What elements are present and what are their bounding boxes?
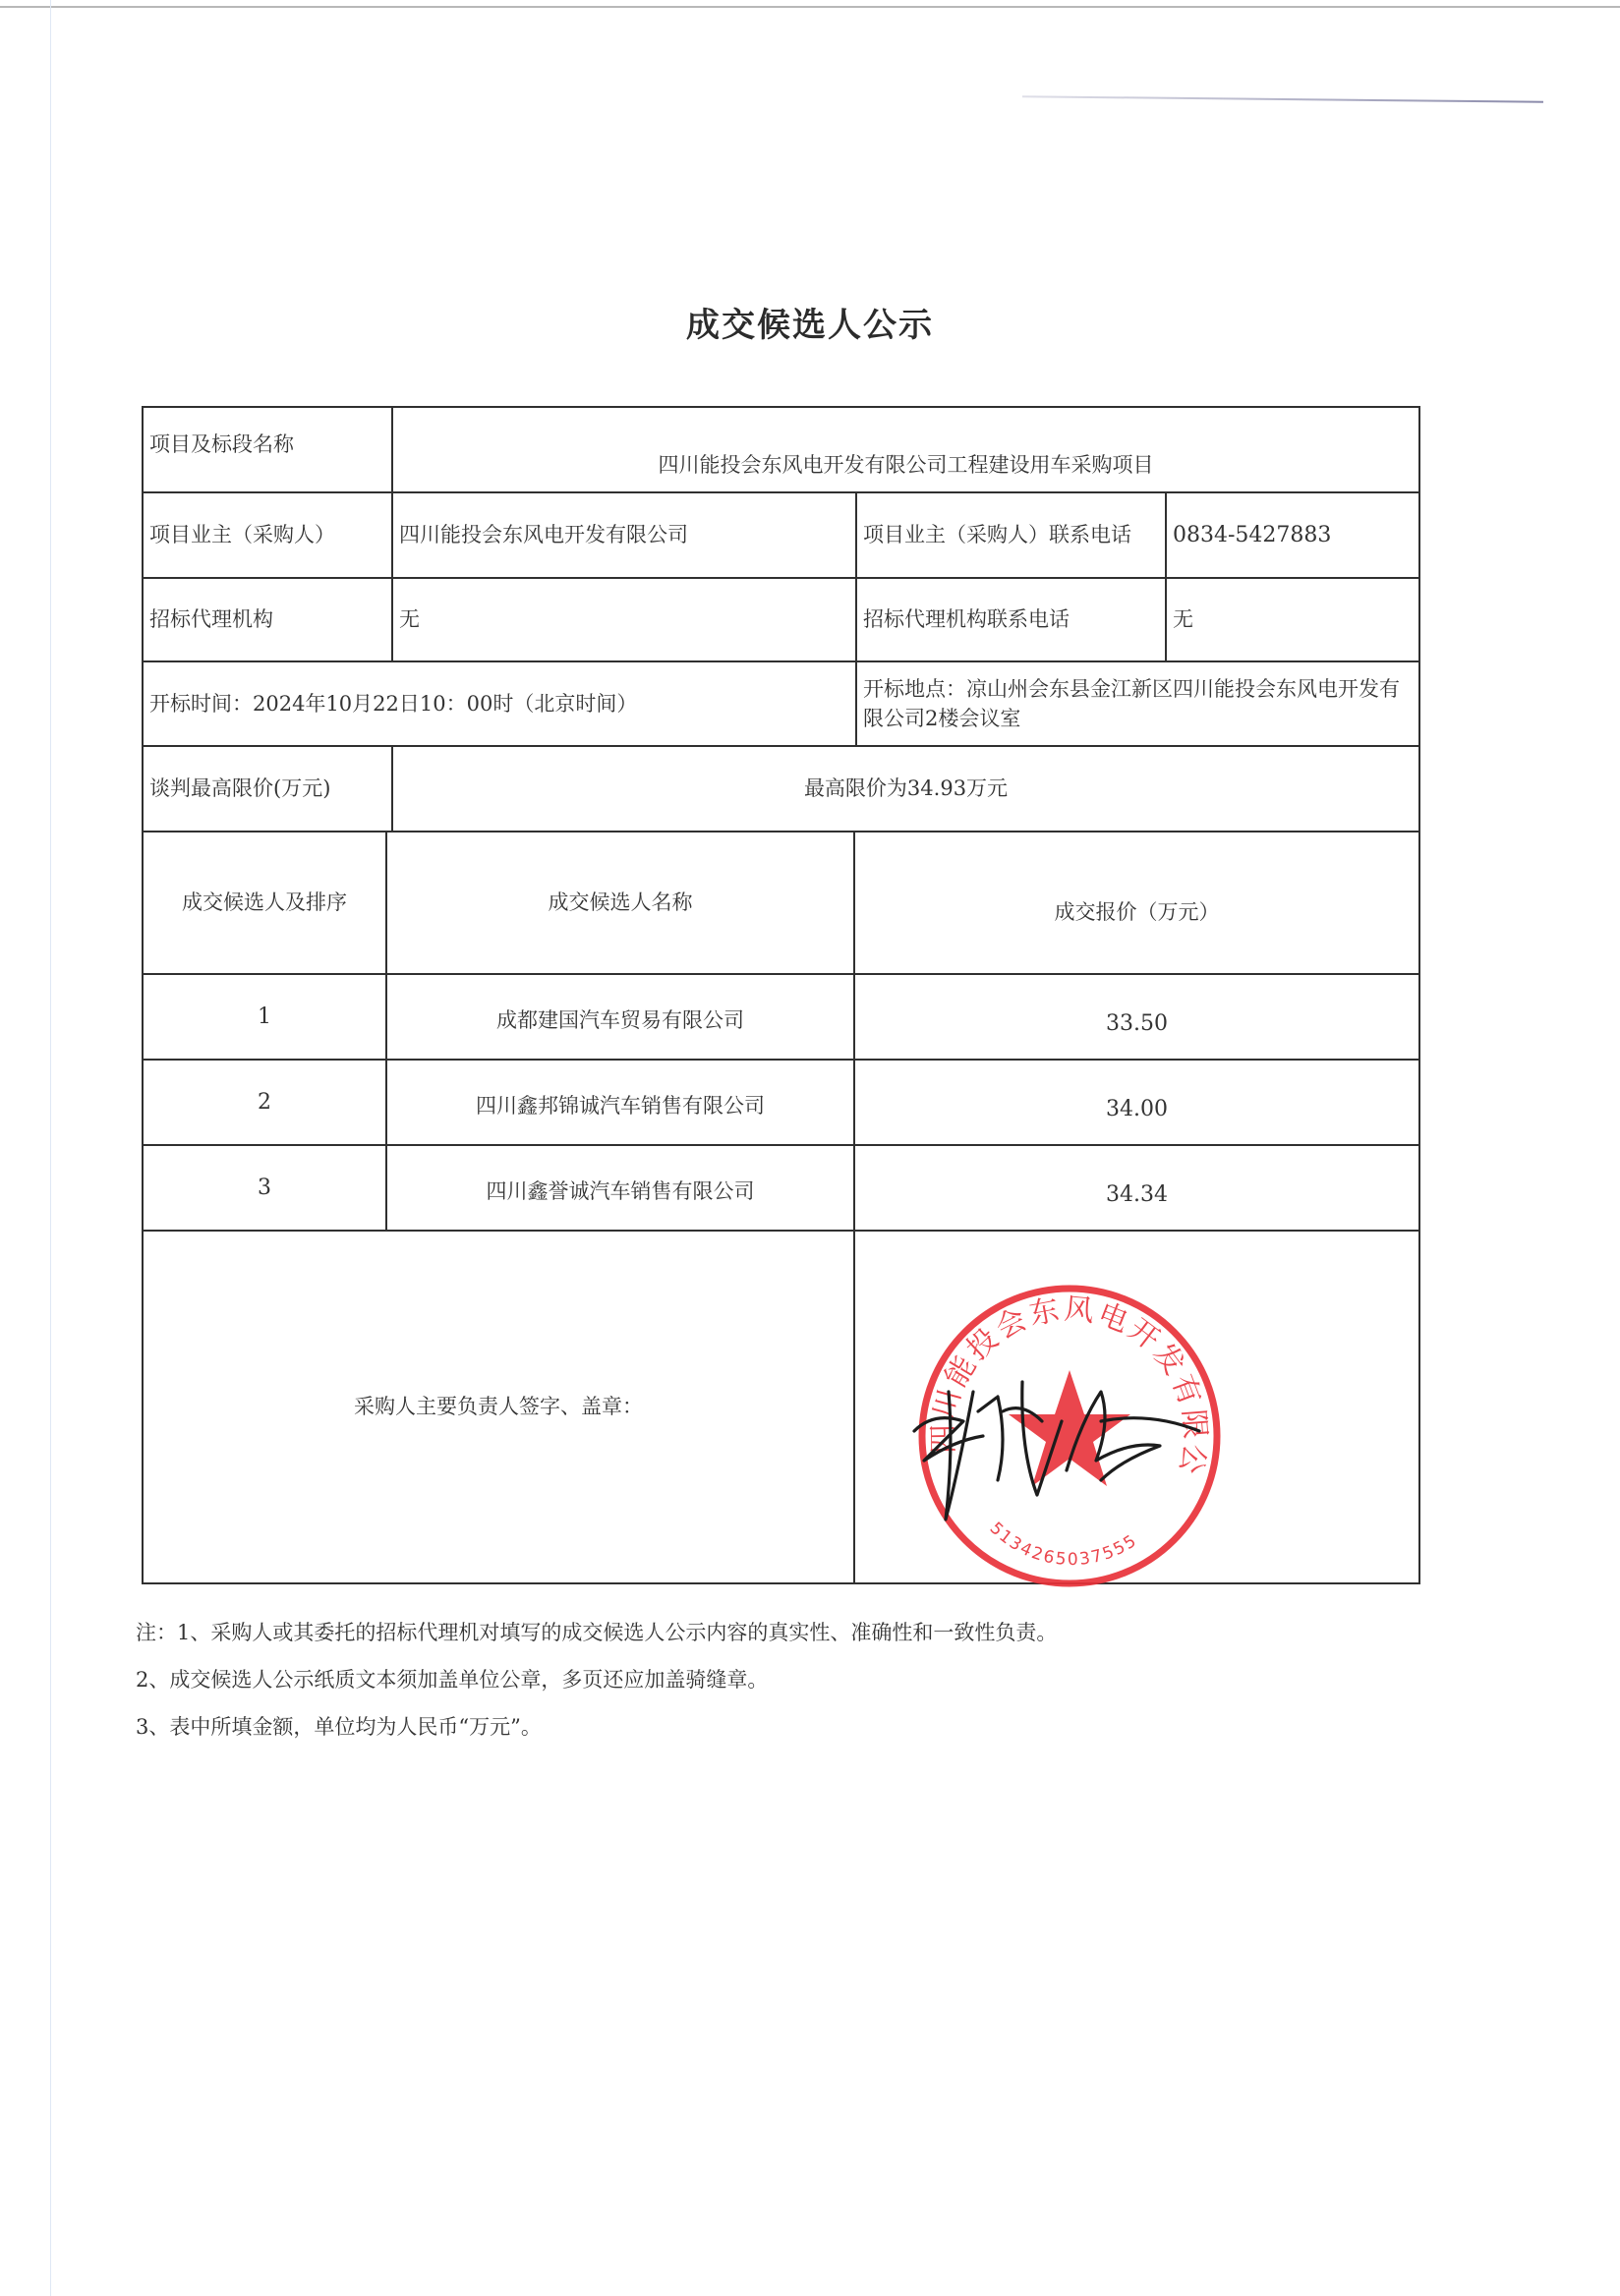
owner-label-cell: 项目业主（采购人） bbox=[142, 491, 393, 579]
candidate-rank: 3 bbox=[258, 1173, 271, 1204]
seal-number: 5134265037555 bbox=[986, 1519, 1141, 1570]
rank-header: 成交候选人及排序 bbox=[182, 888, 347, 917]
table-row-2-rank: 2 bbox=[142, 1059, 387, 1146]
candidate-price: 33.50 bbox=[1106, 1008, 1168, 1040]
agency-value: 无 bbox=[399, 604, 420, 634]
owner-phone-value: 0834-5427883 bbox=[1173, 520, 1331, 551]
table-row-3-name: 四川鑫誉诚汽车销售有限公司 bbox=[385, 1144, 855, 1232]
signature-label: 采购人主要负责人签字、盖章： bbox=[354, 1392, 643, 1421]
owner-value: 四川能投会东风电开发有限公司 bbox=[399, 520, 688, 549]
rank-header-cell: 成交候选人及排序 bbox=[142, 831, 387, 975]
notes-section: 注：1、采购人或其委托的招标代理机对填写的成交候选人公示内容的真实性、准确性和一… bbox=[136, 1617, 1057, 1758]
max-price-label: 谈判最高限价(万元) bbox=[149, 774, 330, 803]
open-place-cell: 开标地点：凉山州会东县金江新区四川能投会东风电开发有限公司2楼会议室 bbox=[855, 660, 1420, 747]
open-time-cell: 开标时间：2024年10月22日10：00时（北京时间） bbox=[142, 660, 857, 747]
project-value: 四川能投会东风电开发有限公司工程建设用车采购项目 bbox=[659, 450, 1154, 480]
table-row-3-rank: 3 bbox=[142, 1144, 387, 1232]
table-row-1-price: 33.50 bbox=[853, 973, 1420, 1061]
scan-artifact-line bbox=[1022, 95, 1543, 103]
scan-edge-line bbox=[0, 6, 1620, 8]
table-row-1-name: 成都建国汽车贸易有限公司 bbox=[385, 973, 855, 1061]
table-row-1-rank: 1 bbox=[142, 973, 387, 1061]
official-seal-icon: 四川能投会东风电开发有限公司 5134265037555 bbox=[904, 1274, 1229, 1598]
open-time: 开标时间：2024年10月22日10：00时（北京时间） bbox=[149, 689, 637, 718]
max-price-value-cell: 最高限价为34.93万元 bbox=[391, 745, 1420, 832]
owner-value-cell: 四川能投会东风电开发有限公司 bbox=[391, 491, 857, 579]
candidate-name: 成都建国汽车贸易有限公司 bbox=[496, 1005, 744, 1035]
candidate-name: 四川鑫邦锦诚汽车销售有限公司 bbox=[476, 1091, 765, 1120]
table-row-2-name: 四川鑫邦锦诚汽车销售有限公司 bbox=[385, 1059, 855, 1146]
max-price-label-cell: 谈判最高限价(万元) bbox=[142, 745, 393, 832]
table-row-2-price: 34.00 bbox=[853, 1059, 1420, 1146]
project-label-cell: 项目及标段名称 bbox=[142, 406, 393, 493]
owner-phone-label: 项目业主（采购人）联系电话 bbox=[863, 520, 1131, 549]
project-value-cell: 四川能投会东风电开发有限公司工程建设用车采购项目 bbox=[391, 406, 1420, 493]
name-header: 成交候选人名称 bbox=[549, 888, 693, 917]
agency-value-cell: 无 bbox=[391, 577, 857, 662]
candidate-price: 34.00 bbox=[1106, 1094, 1168, 1125]
agency-phone-value: 无 bbox=[1173, 604, 1193, 634]
note-2: 2、成交候选人公示纸质文本须加盖单位公章，多页还应加盖骑缝章。 bbox=[136, 1664, 1057, 1711]
signature-label-cell: 采购人主要负责人签字、盖章： bbox=[142, 1230, 855, 1584]
candidate-rank: 2 bbox=[258, 1087, 271, 1119]
note-1: 注：1、采购人或其委托的招标代理机对填写的成交候选人公示内容的真实性、准确性和一… bbox=[136, 1617, 1057, 1664]
project-label: 项目及标段名称 bbox=[149, 430, 294, 459]
price-header: 成交报价（万元） bbox=[1055, 897, 1220, 927]
agency-phone-label: 招标代理机构联系电话 bbox=[863, 604, 1070, 634]
price-header-cell: 成交报价（万元） bbox=[853, 831, 1420, 975]
open-place: 开标地点：凉山州会东县金江新区四川能投会东风电开发有限公司2楼会议室 bbox=[863, 674, 1413, 734]
table-row-3-price: 34.34 bbox=[853, 1144, 1420, 1232]
max-price-value: 最高限价为34.93万元 bbox=[804, 774, 1008, 803]
agency-phone-value-cell: 无 bbox=[1165, 577, 1420, 662]
name-header-cell: 成交候选人名称 bbox=[385, 831, 855, 975]
svg-text:5134265037555: 5134265037555 bbox=[986, 1519, 1141, 1570]
owner-phone-value-cell: 0834-5427883 bbox=[1165, 491, 1420, 579]
owner-label: 项目业主（采购人） bbox=[149, 520, 335, 549]
owner-phone-label-cell: 项目业主（采购人）联系电话 bbox=[855, 491, 1167, 579]
agency-phone-label-cell: 招标代理机构联系电话 bbox=[855, 577, 1167, 662]
candidate-price: 34.34 bbox=[1106, 1179, 1168, 1211]
agency-label-cell: 招标代理机构 bbox=[142, 577, 393, 662]
candidate-name: 四川鑫誉诚汽车销售有限公司 bbox=[487, 1177, 755, 1206]
candidate-rank: 1 bbox=[258, 1002, 271, 1033]
page-title: 成交候选人公示 bbox=[0, 298, 1620, 346]
note-3: 3、表中所填金额，单位均为人民币“万元”。 bbox=[136, 1711, 1057, 1758]
agency-label: 招标代理机构 bbox=[149, 604, 273, 634]
